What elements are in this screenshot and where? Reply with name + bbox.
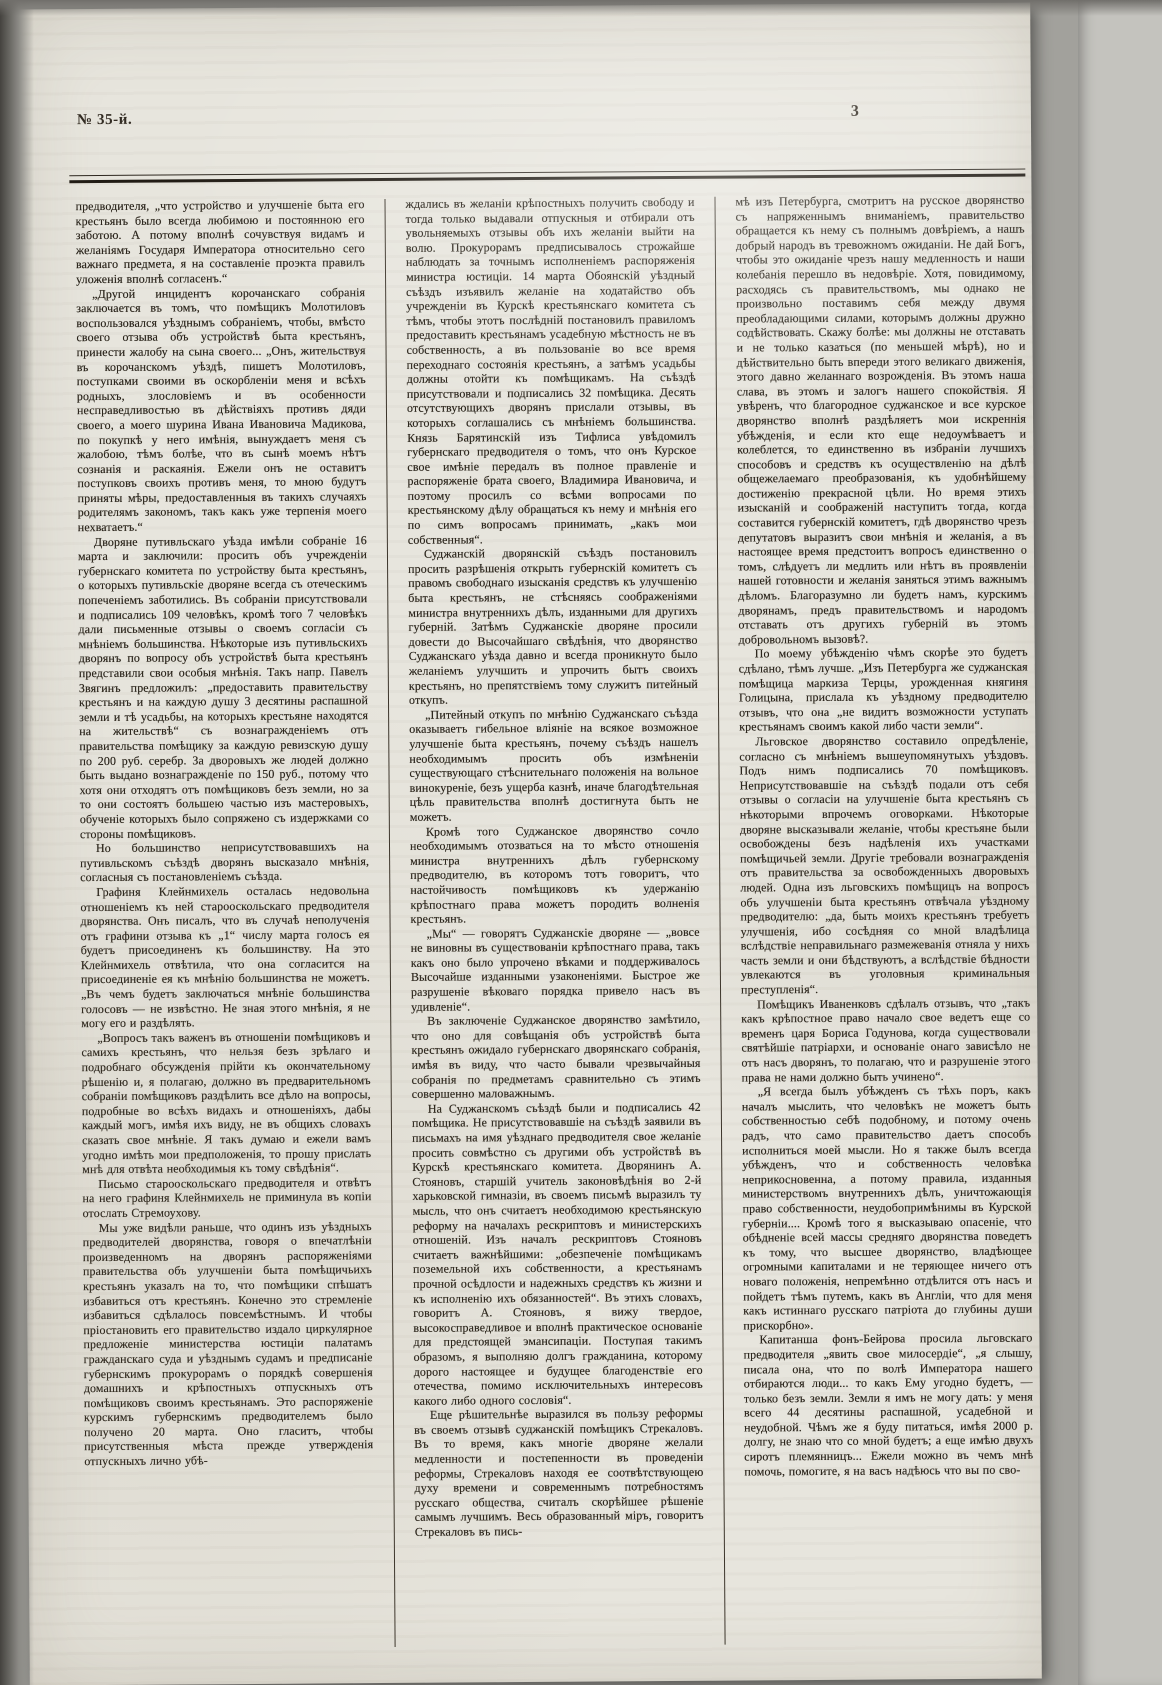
article-columns: предводителя, „что устройство и улучшені… — [75, 193, 1035, 1666]
paragraph: Но большинство неприсутствовавшихъ на пу… — [80, 839, 369, 885]
paragraph: „Я всегда былъ убѣжденъ съ тѣхъ поръ, ка… — [742, 1083, 1033, 1333]
paragraph: „Мы“ — говорятъ Суджанскіе дворяне — „во… — [411, 925, 701, 1015]
paragraph: Льговское дворянство составило опредѣлен… — [739, 732, 1030, 997]
paragraph: предводителя, „что устройство и улучшені… — [75, 197, 365, 287]
newspaper-page: № 35-й. 3 предводителя, „что устройство … — [18, 2, 1042, 1685]
paragraph: „Вопросъ такъ важенъ въ отношеніи помѣщи… — [81, 1029, 371, 1177]
paragraph: Помѣщикъ Иваненковъ сдѣлалъ отзывъ, что … — [741, 995, 1031, 1085]
paragraph: Кромѣ того Суджанское дворянство сочло н… — [410, 822, 700, 926]
paragraph: Еще рѣшительнѣе выразился въ пользу рефо… — [414, 1406, 704, 1539]
paragraph: Въ заключеніе Суджанское дворянство замѣ… — [411, 1012, 701, 1102]
scan-background: № 35-й. 3 предводителя, „что устройство … — [0, 0, 1162, 1685]
column-divider — [384, 199, 395, 1647]
paragraph: На Суджанскомъ съѣздѣ были и подписались… — [412, 1100, 703, 1408]
text-column-2: ждались въ желаніи крѣпостныхъ получить … — [405, 195, 704, 1663]
column-divider — [714, 197, 725, 1645]
page-number: 3 — [851, 103, 859, 121]
paragraph: Суджанскій дворянскій съѣздъ постановилъ… — [408, 545, 698, 708]
paragraph: „Другой инцидентъ корочанскаго собранія … — [76, 285, 367, 535]
paragraph: Капитанша фонъ-Бейрова просила льговскаг… — [743, 1331, 1033, 1479]
text-column-1: предводителя, „что устройство и улучшені… — [75, 197, 374, 1665]
paragraph: По моему убѣжденію чѣмъ скорѣе это будет… — [739, 645, 1029, 735]
paragraph: Мы уже видѣли раньше, что одинъ изъ уѣзд… — [83, 1219, 374, 1469]
paragraph: ждались въ желаніи крѣпостныхъ получить … — [405, 195, 696, 547]
paragraph: Дворяне путивльскаго уѣзда имѣли собрані… — [78, 533, 369, 841]
paragraph: Графиня Клейнмихель осталась недовольна … — [80, 883, 370, 1031]
scan-top-edge — [0, 0, 1162, 16]
paragraph: Письмо старооскольскаго предводителя и о… — [82, 1175, 371, 1221]
text-column-3: мѣ изъ Петербурга, смотритъ на русское д… — [735, 193, 1034, 1661]
issue-number: № 35-й. — [77, 112, 133, 129]
paragraph: мѣ изъ Петербурга, смотритъ на русское д… — [735, 193, 1027, 647]
header-rule — [69, 169, 1025, 184]
scan-left-edge — [0, 0, 34, 1685]
right-page-edge — [1078, 0, 1162, 1685]
paragraph: „Питейный откупъ по мнѣнію Суджанскаго с… — [409, 706, 699, 825]
